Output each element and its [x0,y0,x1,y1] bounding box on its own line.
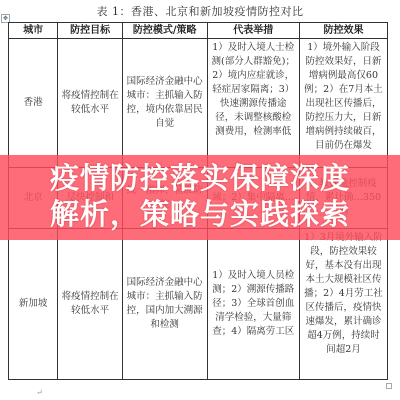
header-measures: 代表举措 [207,23,299,39]
banner-title-line-1: 疫情防控落实保障深度 [0,160,400,196]
header-mode: 防控模式/策略 [122,23,207,39]
cell-mode: 国际经济金融中心城市：主抓输入防控，境内依靠居民自觉 [122,39,207,168]
cell-mode: 国际经济金融中心城市：主抓输入防控，国内加大溯源和检测 [122,229,207,380]
banner-title-line-2: 解析，策略与实践探索 [0,196,400,232]
header-goal: 防控目标 [58,23,122,39]
banner-title: 疫情防控落实保障深度 解析，策略与实践探索 [0,160,400,232]
table-row: 香港 将疫情控制在较低水平 国际经济金融中心城市：主抓输入防控，境内依靠居民自觉… [9,39,388,168]
cell-city: 香港 [9,39,58,168]
table-resize-handle[interactable] [386,383,392,389]
cell-effect: 1）3月境外输入阶段，防控效果较好，基本没有出现本土大规模社区传播；2）4月劳工… [299,229,387,380]
cell-goal: 将疫情控制在较低水平 [58,229,122,380]
header-city: 城市 [9,23,58,39]
header-effect: 防控效果 [299,23,387,39]
cell-goal: 将疫情控制在较低水平 [58,39,122,168]
cell-effect: 1）境外输入阶段防控效果好，日新增病例最高仅60例；2）在7月本土出现社区传播后… [299,39,387,168]
paragraph-mark-icon: ↵ [36,388,43,397]
cell-city: 新加坡 [9,229,58,380]
cell-measures: 1）及时入境人员检测；2）溯源传播路径；3）全球首创血清学检验，大量筛查；4）隔… [207,229,299,380]
cell-measures: 1）及时入境人士检测(部分人群豁免)；2）境内应症就诊，轻症居家隔离；3）快速溯… [207,39,299,168]
table-header-row: 城市 防控目标 防控模式/策略 代表举措 防控效果 [9,23,388,39]
table-row: 新加坡 将疫情控制在较低水平 国际经济金融中心城市：主抓输入防控，国内加大溯源和… [9,229,388,380]
table-caption: 表 1：香港、北京和新加坡疫情防控对比 [0,3,400,19]
